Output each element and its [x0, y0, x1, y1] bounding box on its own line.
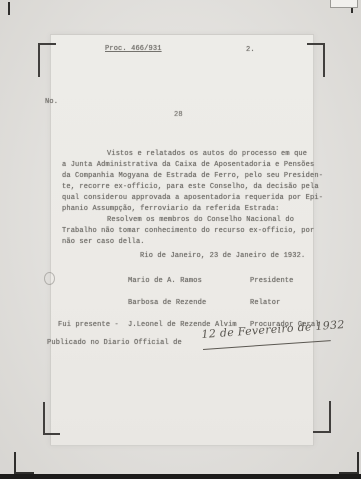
film-edge-notch — [330, 0, 358, 8]
decision-text: Vistos e relatados os autos do processo … — [62, 149, 322, 248]
text-line: Resolvem os membros do Conselho Nacional… — [62, 215, 322, 226]
publication-typed: Publicado no Diario Official de — [47, 338, 182, 349]
document-number: 28 — [174, 110, 183, 121]
film-edge-band — [0, 474, 361, 479]
text-line: te, recorre ex-officio, para este Consel… — [62, 182, 322, 193]
signature-name: Barbosa de Rezende — [128, 298, 206, 309]
corner-bracket-bottom-left — [43, 402, 60, 435]
corner-bracket-top-right — [307, 43, 325, 77]
film-registration-mark — [8, 2, 10, 15]
number-label: No. — [45, 97, 58, 108]
crop-mark-bottom-left — [14, 452, 34, 474]
text-line: qual considerou approvada a aposentadori… — [62, 193, 322, 204]
sheet-number: 2. — [246, 45, 255, 56]
process-number: Proc. 466/931 — [105, 44, 162, 55]
signature-role: Presidente — [250, 276, 294, 287]
text-line: Vistos e relatados os autos do processo … — [62, 149, 322, 160]
text-line: a Junta Administrativa da Caixa de Apose… — [62, 160, 322, 171]
text-line: phanio Assumpção, ferroviario da referid… — [62, 204, 322, 215]
microfilm-scan: Proc. 466/931 2. No. 28 Vistos e relatad… — [0, 0, 361, 479]
corner-bracket-bottom-right — [313, 401, 331, 433]
text-line: Trabalho não tomar conhecimento do recur… — [62, 226, 322, 237]
crop-mark-bottom-right — [339, 452, 359, 474]
text-line: não ser caso della. — [62, 237, 322, 248]
text-line: da Companhia Mogyana de Estrada de Ferro… — [62, 171, 322, 182]
punch-hole-artifact — [44, 272, 55, 285]
signature-role: Relator — [250, 298, 280, 309]
corner-bracket-top-left — [38, 43, 56, 77]
presence-note: Fui presente - — [58, 320, 119, 331]
signature-name: Mario de A. Ramos — [128, 276, 202, 287]
date-line: Rio de Janeiro, 23 de Janeiro de 1932. — [140, 251, 305, 262]
